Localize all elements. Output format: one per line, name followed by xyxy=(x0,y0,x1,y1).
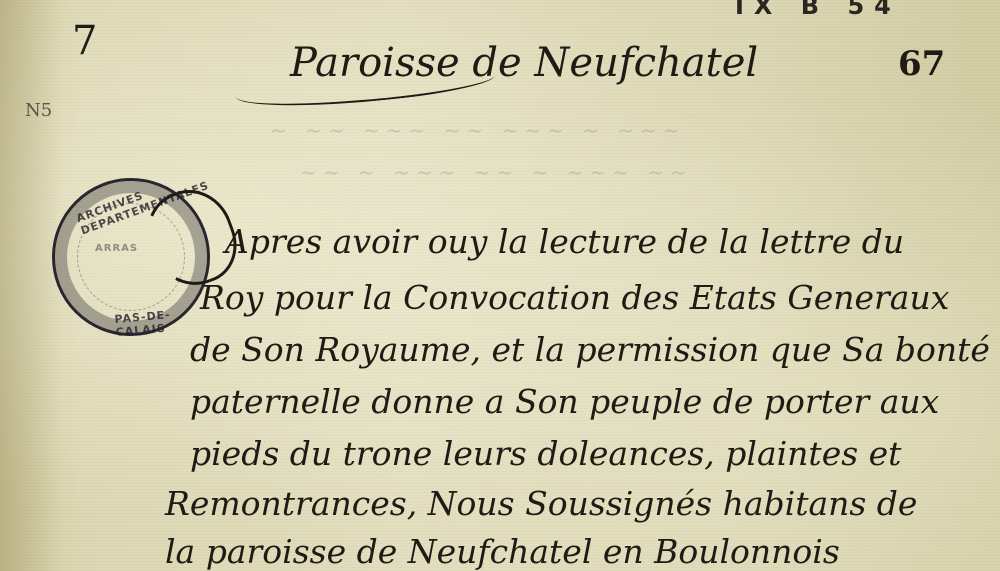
text-line-4: paternelle donne a Son peuple de porter … xyxy=(190,382,939,421)
ink-bleed-through: ~ ~~ ~~~ ~~ ~~~ ~ ~~~ xyxy=(270,118,686,142)
stamp-text-center: ARRAS xyxy=(95,243,138,254)
text-line-3: de Son Royaume, et la permission que Sa … xyxy=(190,330,990,369)
text-line-5: pieds du trone leurs doleances, plaintes… xyxy=(190,434,901,473)
folio-number-right: 67 xyxy=(898,44,945,84)
text-line-7: la paroisse de Neufchatel en Boulonnois xyxy=(165,532,840,571)
margin-note: N5 xyxy=(25,100,52,121)
folio-number-left: 7 xyxy=(72,18,97,64)
ink-bleed-through: ~~ ~ ~~~ ~~ ~ ~~~ ~~ xyxy=(300,160,693,184)
text-line-1: Apres avoir ouy la lecture de la lettre … xyxy=(225,222,904,261)
page-edge-shadow xyxy=(0,0,60,571)
archive-reference: IX B 54 xyxy=(735,0,901,20)
document-title: Paroisse de Neufchatel xyxy=(290,40,758,86)
text-line-6: Remontrances, Nous Soussignés habitans d… xyxy=(165,484,917,523)
text-line-2: Roy pour la Convocation des Etats Genera… xyxy=(200,278,949,317)
